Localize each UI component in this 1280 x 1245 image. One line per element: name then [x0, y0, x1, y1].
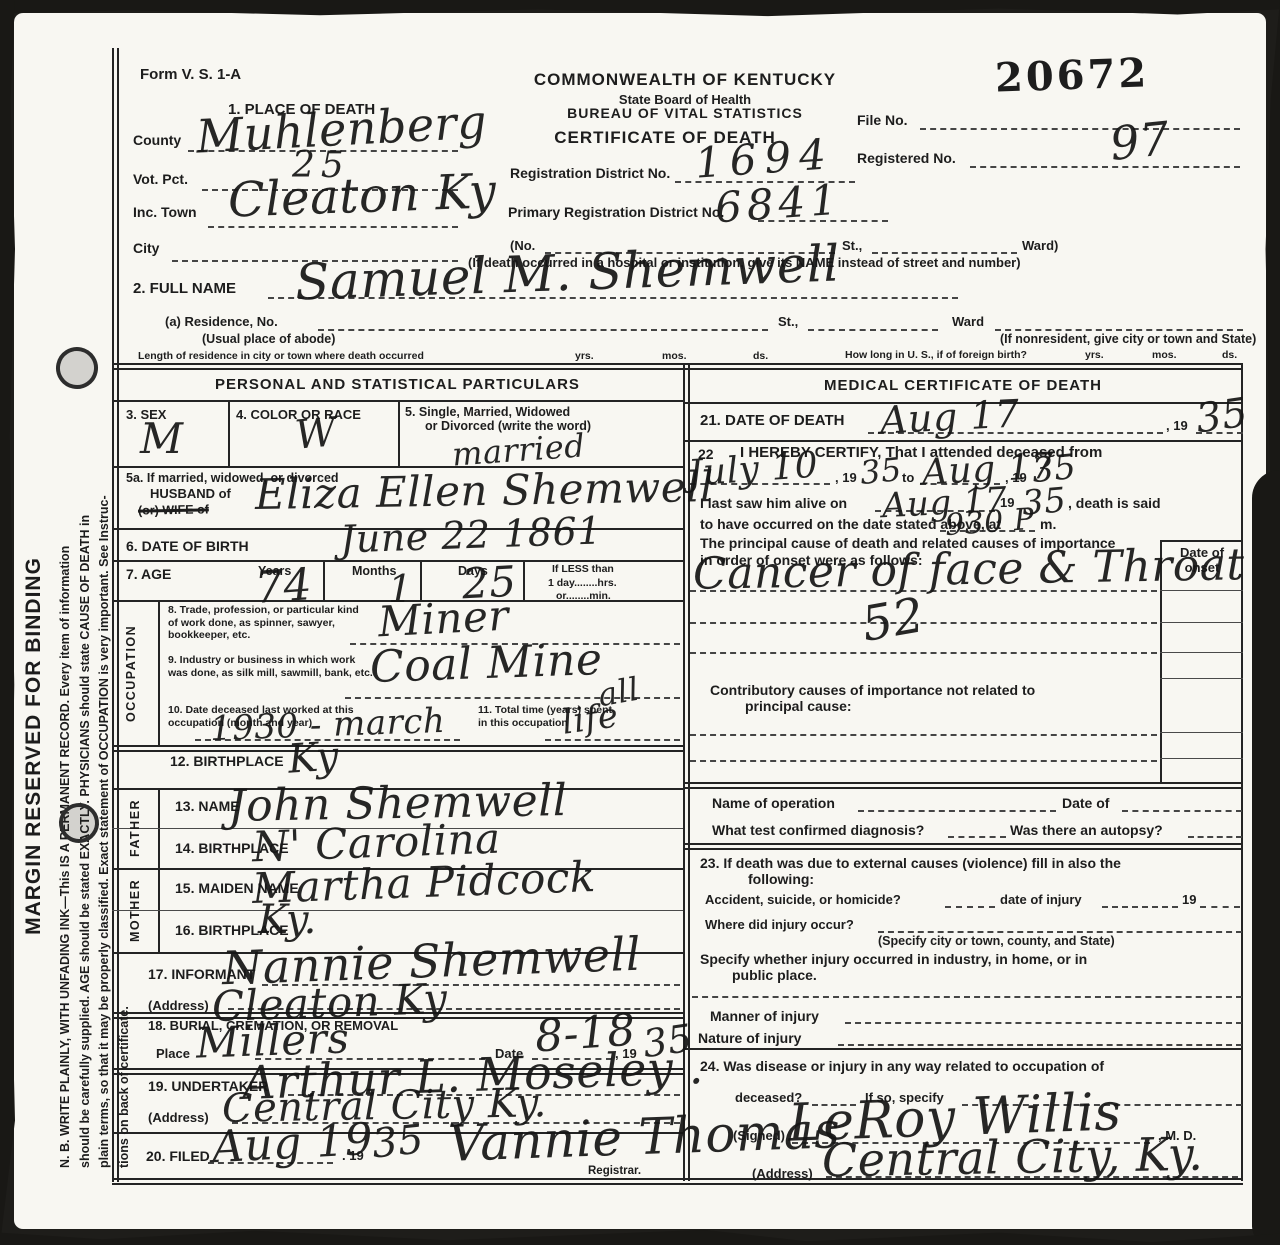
autopsy-line [1188, 836, 1242, 838]
rule-under-23 [685, 1048, 1243, 1050]
injury-19-line [1200, 906, 1240, 908]
divider-months-days [420, 560, 422, 600]
test-line [948, 836, 1006, 838]
form-right-border [1241, 363, 1243, 1181]
autopsy-label: Was there an autopsy? [1010, 822, 1163, 838]
residence-st-line [808, 329, 938, 331]
s9-value: Coal Mine [369, 638, 603, 690]
s21-label: 21. DATE OF DEATH [700, 412, 844, 429]
s23-text-1: 23. If death was due to external causes … [700, 855, 1121, 871]
s8-value: Miner [377, 595, 510, 644]
s20-year-value: 35 [370, 1119, 426, 1164]
age-label: 7. AGE [126, 566, 171, 582]
hospital-st-label: St., [842, 238, 862, 253]
margin-nb-line1: N. B. WRITE PLAINLY, WITH UNFADING INK—T… [56, 88, 76, 1168]
length-mos-label: mos. [662, 350, 687, 362]
physician-addr-value: Central City, Ky. [822, 1131, 1204, 1184]
file-stamp-number: 20672 [994, 49, 1150, 101]
length-yrs-label: yrs. [575, 350, 594, 362]
nonresident-note: (If nonresident, give city or town and S… [1000, 332, 1256, 346]
residence-ward-line [995, 329, 1243, 331]
rule-under-21 [685, 440, 1241, 442]
personal-title: PERSONAL AND STATISTICAL PARTICULARS [112, 376, 683, 393]
s16-value: Ky. [258, 900, 317, 940]
s18-place-label: Place [156, 1046, 190, 1061]
occupation-vertical-label: OCCUPATION [124, 606, 138, 740]
dob-value: June 22 1861 [339, 511, 602, 558]
s21-year-value: 35 [1193, 393, 1250, 440]
registered-no-line [970, 166, 1240, 168]
residence-st-label: St., [778, 314, 798, 329]
onset-rule-3 [1160, 652, 1243, 653]
hospital-ward-label: Ward) [1022, 238, 1058, 253]
file-no-line [920, 128, 1240, 130]
operation-line [858, 810, 1056, 812]
specify-text-1: Specify whether injury occurred in indus… [700, 951, 1087, 967]
contributory-text-2: principal cause: [745, 698, 852, 714]
certify-to-word: to [902, 470, 914, 485]
s20-date-value: Aug 19 [211, 1118, 374, 1170]
lastsaw-text-1: I last saw him alive on [700, 495, 847, 511]
contributory-text-1: Contributory causes of importance not re… [710, 682, 1035, 698]
title-commonwealth: COMMONWEALTH OF KENTUCKY [420, 70, 950, 90]
primary-district-label: Primary Registration District No. [508, 204, 724, 220]
s21-value: Aug 17 [879, 394, 1020, 439]
cause-of-death-value: Cancer of face & Throat [693, 543, 1245, 597]
us-ds-label: ds. [1222, 349, 1237, 361]
contributory-line-1 [690, 734, 1157, 736]
sex-value: M [140, 418, 184, 460]
less-than-line1: If LESS than [552, 563, 614, 575]
wife-of-struck-label: (or) WIFE of [138, 502, 209, 517]
cause-secondary-value: 52 [858, 591, 927, 649]
injury-date-line [1102, 906, 1178, 908]
s9-label: 9. Industry or business in which work wa… [168, 654, 373, 679]
marital-label-1: 5. Single, Married, Widowed [405, 405, 570, 419]
howlong-us-label: How long in U. S., if of foreign birth? [845, 349, 1027, 361]
s17-addr-label: (Address) [148, 998, 209, 1013]
margin-binding-label: MARGIN RESERVED FOR BINDING [22, 557, 45, 935]
test-label: What test confirmed diagnosis? [712, 822, 924, 838]
residence-no-line [318, 329, 768, 331]
s20-label: 20. FILED [146, 1148, 210, 1164]
injury-19-label: 19 [1182, 892, 1196, 907]
s24-text-1: 24. Was disease or injury in any way rel… [700, 1058, 1104, 1074]
less-than-line2: 1 day........hrs. [548, 577, 617, 589]
file-no-label: File No. [857, 112, 908, 128]
length-residence-label: Length of residence in city or town wher… [138, 350, 424, 362]
s21-year-pre: , 19 [1166, 418, 1188, 433]
accident-label: Accident, suicide, or homicide? [705, 892, 901, 907]
where-injury-label: Where did injury occur? [705, 917, 854, 932]
rule-under-contributory [685, 782, 1243, 789]
accident-line [945, 906, 995, 908]
s12-value: Ky [287, 736, 341, 779]
onset-rule-6 [1160, 758, 1243, 759]
manner-injury-line [845, 1022, 1242, 1024]
s19-addr-label: (Address) [148, 1110, 209, 1125]
injury-date-label: date of injury [1000, 892, 1082, 907]
specify-text-2: public place. [732, 967, 817, 983]
registrar-signature: Vannie Thomas [447, 1105, 841, 1169]
city-label: City [133, 240, 159, 256]
scan-edge-right-blob [1252, 470, 1280, 1245]
abode-note: (Usual place of abode) [202, 332, 335, 346]
age-years-value: 74 [254, 563, 314, 611]
spouse-name-value: Eliza Ellen Shemwell [255, 466, 715, 516]
margin-binding-text: MARGIN RESERVED FOR BINDING [22, 430, 46, 1062]
color-race-value: W [293, 412, 338, 455]
less-than-line3: or........min. [556, 590, 611, 602]
divider-color-marital [398, 400, 400, 466]
s12-label: 12. BIRTHPLACE [170, 753, 284, 769]
table-top-border [112, 363, 1243, 370]
margin-nb-text: N. B. WRITE PLAINLY, WITH UNFADING INK—T… [56, 88, 134, 1168]
onset-rule-5 [1160, 732, 1243, 733]
operation-label: Name of operation [712, 795, 835, 811]
primary-district-value: 6841 [714, 179, 844, 230]
vot-pct-label: Vot. Pct. [133, 171, 188, 187]
divider-days-less [523, 560, 525, 600]
us-yrs-label: yrs. [1085, 349, 1104, 361]
husband-of-label: HUSBAND of [150, 486, 231, 501]
divider-years-months [323, 560, 325, 600]
rule-under-occupation [112, 745, 683, 752]
hospital-st-line [872, 252, 1017, 254]
rule-under-dob [112, 560, 683, 562]
rule-under-15 [112, 910, 683, 911]
certify-from-value: July 10 [687, 448, 819, 493]
onset-rule-4 [1160, 678, 1243, 679]
us-mos-label: mos. [1152, 349, 1177, 361]
operation-date-line [1122, 810, 1242, 812]
residence-ward-label: Ward [952, 314, 984, 329]
form-number: Form V. S. 1-A [140, 66, 241, 83]
lastsaw-text-2: , death is said [1068, 495, 1161, 511]
divider-sex-color [228, 400, 230, 466]
residence-label: (a) Residence, No. [165, 314, 278, 329]
physician-addr-label: (Address) [752, 1166, 813, 1181]
occurred-time-value: 930 P [944, 505, 1035, 541]
operation-dateof-label: Date of [1062, 795, 1109, 811]
inc-town-value: Cleaton Ky [227, 167, 497, 224]
registered-no-label: Registered No. [857, 150, 956, 166]
manner-injury-label: Manner of injury [710, 1008, 819, 1024]
medical-title: MEDICAL CERTIFICATE OF DEATH [685, 377, 1241, 394]
county-label: County [133, 132, 181, 148]
inc-town-label: Inc. Town [133, 204, 197, 220]
length-ds-label: ds. [753, 350, 768, 362]
cause-line-3 [690, 652, 1157, 654]
registered-no-value: 97 [1108, 115, 1172, 167]
certify-from-pre: , 19 [835, 470, 857, 485]
reg-district-label: Registration District No. [510, 165, 670, 181]
dob-label: 6. DATE OF BIRTH [126, 538, 249, 554]
full-name-label: 2. FULL NAME [133, 280, 236, 297]
scan-edge-left [0, 0, 15, 1245]
s11-value-life: life [560, 698, 621, 740]
where-injury-line [878, 931, 1242, 933]
certify-from-year: 35 [858, 453, 903, 489]
mother-vertical-label: MOTHER [128, 872, 142, 948]
onset-rule-2 [1160, 622, 1243, 623]
margin-nb-line3: plain terms, so that it may be properly … [95, 88, 115, 1168]
nature-injury-label: Nature of injury [698, 1030, 801, 1046]
rule-under-test [685, 843, 1243, 850]
occupation-label-divider [158, 600, 160, 745]
s23-text-2: following: [748, 871, 814, 887]
s23-blank-line [692, 996, 1242, 998]
specify-city-note: (Specify city or town, county, and State… [878, 934, 1115, 948]
father-vertical-label: FATHER [128, 793, 142, 863]
margin-nb-line2: should be carefully supplied. AGE should… [76, 88, 96, 1168]
contributory-line-2 [690, 760, 1157, 762]
death-certificate-scan: { "margin": { "binding": "MARGIN RESERVE… [0, 0, 1280, 1245]
nature-injury-line [838, 1044, 1242, 1046]
